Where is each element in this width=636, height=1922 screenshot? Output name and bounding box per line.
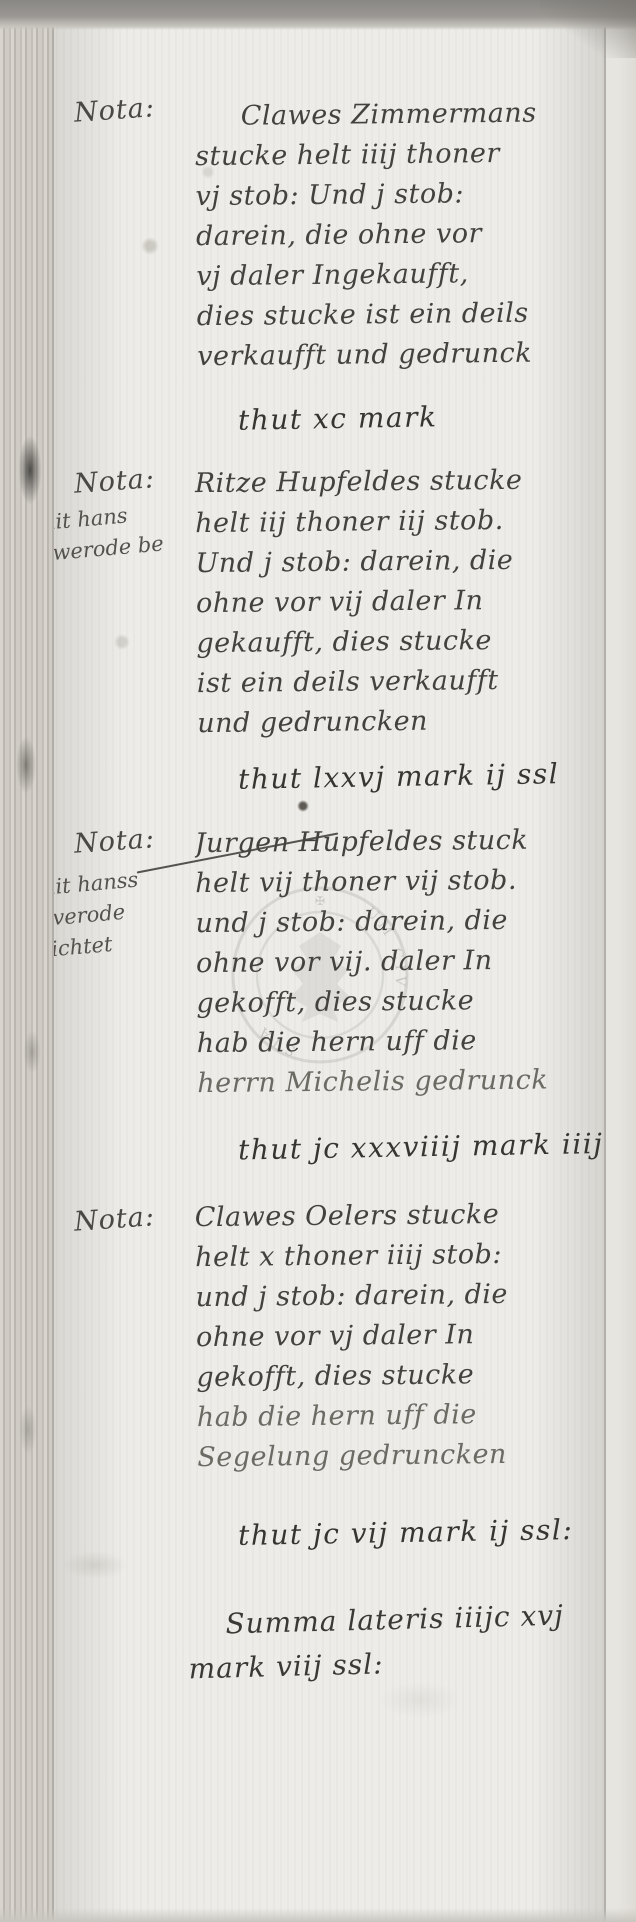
entry-1-text: Clawes Zimmermans stucke helt iiij thone… [195, 93, 610, 377]
entry-3-total: thut jc xxxviiij mark iiij s [238, 1127, 630, 1167]
entry-line: ohne vor vij. daler In [196, 940, 608, 984]
entry-line: Segelung gedruncken [197, 1434, 609, 1478]
entry-line: und j stob: darein, die [195, 900, 607, 944]
entry-line: Jurgen Hupfeldes stuck [195, 820, 607, 864]
summa-line: Summa lateris iiijc xvj [225, 1594, 564, 1647]
nota-label-2: Nota: [73, 463, 156, 500]
entry-line: dies stucke ist ein deils [197, 293, 609, 337]
page-bottom-edge [0, 1908, 636, 1922]
entry-2-total: thut lxxvj mark ij ssl [238, 757, 560, 796]
entry-line: und j stob: darein, die [195, 1274, 607, 1318]
entry-line: darein, die ohne vor [196, 213, 608, 257]
entry-1-total: thut xc mark [238, 400, 438, 436]
entry-line: verkaufft und gedrunck [197, 333, 609, 377]
entry-line: gekofft, dies stucke [196, 1354, 608, 1398]
nota-label-3: Nota: [73, 823, 156, 860]
summa-lateris: Summa lateris iiijc xvj mark viij ssl: [225, 1594, 566, 1691]
entry-4-text: Clawes Oelers stucke helt x thoner iiij … [195, 1194, 610, 1478]
entry-line: gekaufft, dies stucke [196, 620, 608, 664]
entry-3-text: Jurgen Hupfeldes stuck helt vij thoner v… [195, 820, 610, 1104]
entry-line: hab die hern uff die [197, 1020, 609, 1064]
entry-line: ohne vor vj daler In [196, 1314, 608, 1358]
page-corner-curl [540, 0, 636, 58]
entry-line: und gedruncken [197, 700, 609, 744]
entry-line: gekofft, dies stucke [196, 980, 608, 1024]
nota-label-1: Nota: [73, 92, 156, 129]
entry-line: herrn Michelis gedrunck [197, 1060, 609, 1104]
entry-line: ohne vor vij daler In [196, 580, 608, 624]
entry-line: vj daler Ingekaufft, [196, 253, 608, 297]
entry-line: helt vij thoner vij stob. [195, 860, 607, 904]
entry-line: helt x thoner iiij stob: [195, 1234, 607, 1278]
entry-4-total: thut jc vij mark ij ssl: [238, 1513, 574, 1552]
entry-line: Clawes Oelers stucke [195, 1194, 607, 1238]
entry-line: vj stob: Und j stob: [195, 173, 607, 217]
nota-label-4: Nota: [73, 1201, 156, 1238]
book-binding-edge [0, 0, 54, 1922]
entry-line: Ritze Hupfeldes stucke [195, 460, 607, 504]
entry-line: Und j stob: darein, die [195, 540, 607, 584]
summa-line: mark viij ssl: [188, 1638, 565, 1692]
manuscript-page-scan: STA UM CIV ✠ Nota: Clawes Zimmermans stu… [0, 0, 636, 1922]
entry-line: stucke helt iiij thoner [195, 133, 607, 177]
entry-line: Clawes Zimmermans [195, 93, 607, 137]
page-right-edge [604, 0, 636, 1922]
entry-2-text: Ritze Hupfeldes stucke helt iij thoner i… [195, 460, 610, 744]
entry-line: ist ein deils verkaufft [197, 660, 609, 704]
entry-line: hab die hern uff die [197, 1394, 609, 1438]
entry-line: helt iij thoner iij stob. [195, 500, 607, 544]
